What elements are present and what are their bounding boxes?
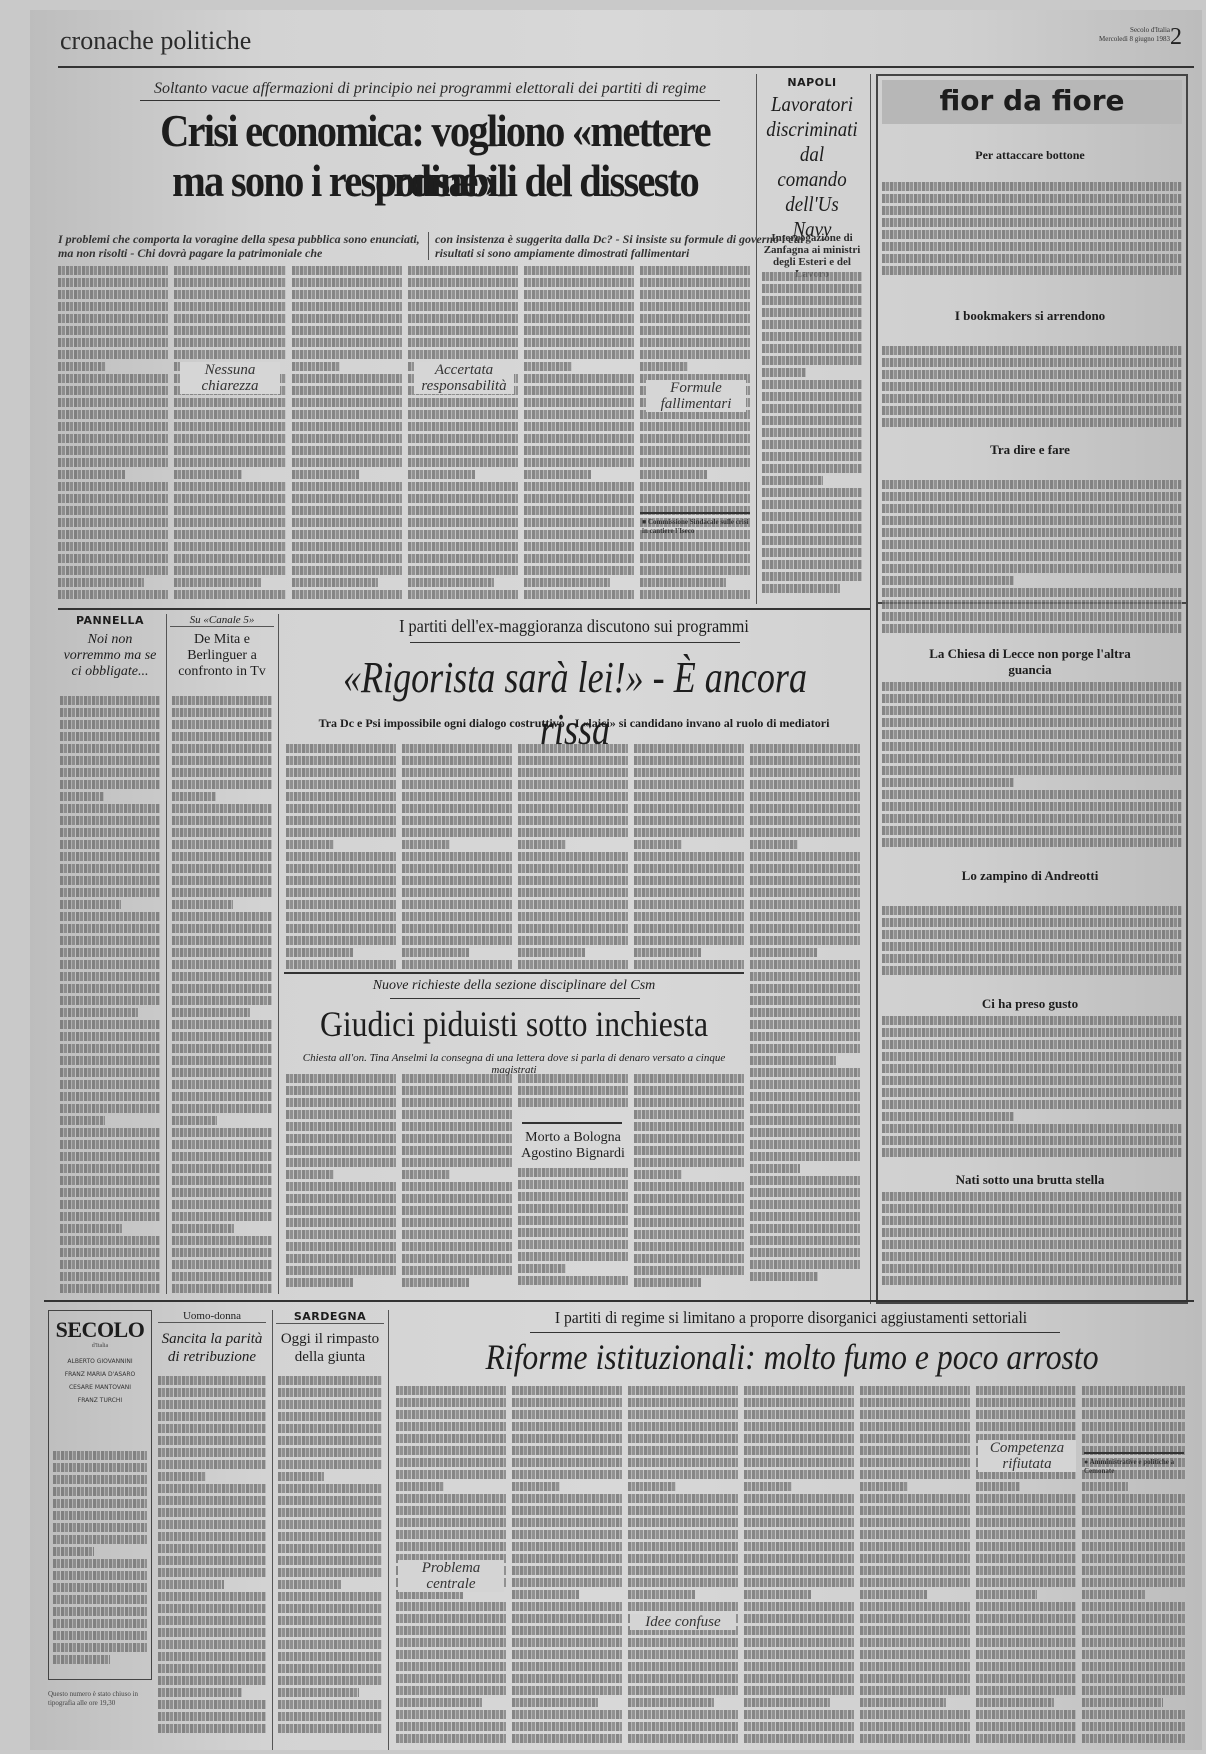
secolo-colophon: SECOLO d'Italia ALBERTO GIOVANNINI FRANZ… bbox=[48, 1310, 152, 1680]
top-story-kicker: Soltanto vacue affermazioni di principio… bbox=[70, 80, 790, 98]
staff-name: CESARE MANTOVANI bbox=[49, 1381, 151, 1394]
newspaper-page: cronache politiche Secolo d'Italia Merco… bbox=[30, 10, 1202, 1750]
box-rule bbox=[522, 1122, 622, 1124]
kicker-rule bbox=[530, 1332, 1060, 1333]
top-story-col-6 bbox=[640, 266, 750, 606]
secolo-subtitle: d'Italia bbox=[49, 1343, 151, 1349]
uomo-donna-label: Uomo-donna bbox=[158, 1310, 266, 1323]
top-story-col-1 bbox=[58, 266, 168, 606]
subhead-formule-fallimentari: Formule fallimentari bbox=[646, 380, 746, 412]
fior-item-heading: Nati sotto una brutta stella bbox=[910, 1172, 1150, 1188]
page-number: 2 bbox=[1170, 24, 1182, 51]
kicker-rule bbox=[140, 100, 720, 101]
section-rule bbox=[58, 608, 870, 610]
napoli-label: NAPOLI bbox=[762, 76, 862, 89]
secolo-details bbox=[53, 1451, 147, 1671]
subhead-nessuna-chiarezza: Nessuna chiarezza bbox=[180, 362, 280, 394]
fior-item-heading: La Chiesa di Lecce non porge l'altra gua… bbox=[910, 646, 1150, 678]
sardegna-body bbox=[278, 1376, 382, 1746]
csm-col bbox=[518, 1074, 628, 1114]
newspaper-name: Secolo d'Italia bbox=[1070, 26, 1170, 35]
fior-item-body bbox=[882, 682, 1182, 858]
middle-story-deck: Tra Dc e Psi impossibile ogni dialogo co… bbox=[284, 716, 864, 731]
fior-item-heading: I bookmakers si arrendono bbox=[930, 308, 1130, 324]
fior-item-body bbox=[882, 182, 1182, 282]
napoli-headline: Lavoratori discriminati dal comando dell… bbox=[765, 92, 859, 242]
secolo-staff: ALBERTO GIOVANNINI FRANZ MARIA D'ASARO C… bbox=[49, 1355, 151, 1407]
staff-name: FRANZ TURCHI bbox=[49, 1394, 151, 1407]
pannella-label: PANNELLA bbox=[60, 614, 160, 627]
bottom-story-col bbox=[860, 1386, 970, 1746]
middle-story-col bbox=[518, 744, 628, 972]
middle-story-col bbox=[402, 744, 512, 972]
canale5-label: Su «Canale 5» bbox=[170, 614, 274, 627]
middle-story-col bbox=[750, 744, 860, 1294]
fior-item-body bbox=[882, 346, 1182, 432]
bottom-story-headline: Riforme istituzionali: molto fumo e poco… bbox=[440, 1336, 1144, 1378]
note-rule bbox=[1084, 1452, 1184, 1454]
middle-story-col bbox=[634, 744, 744, 972]
csm-box-body bbox=[518, 1168, 628, 1294]
issue-date: Mercoledì 8 giugno 1983 bbox=[1070, 35, 1170, 44]
divider bbox=[870, 74, 871, 1304]
middle-story-col bbox=[286, 744, 396, 972]
bottom-story-col bbox=[512, 1386, 622, 1746]
middle-story-kicker: I partiti dell'ex-maggioranza discutono … bbox=[313, 616, 835, 637]
kicker-rule bbox=[390, 998, 640, 999]
bottom-story-box-note: ● Amministrative e politiche a Cemonate bbox=[1084, 1458, 1184, 1476]
masthead-rule bbox=[58, 66, 1194, 68]
fior-item-body bbox=[882, 1192, 1182, 1297]
section-rule bbox=[284, 972, 744, 974]
masthead-info: Secolo d'Italia Mercoledì 8 giugno 1983 bbox=[1070, 26, 1170, 44]
fior-item-body bbox=[882, 1016, 1182, 1166]
fior-item-heading: Tra dire e fare bbox=[970, 442, 1090, 458]
csm-deck: Chiesta all'on. Tina Anselmi la consegna… bbox=[284, 1052, 744, 1076]
csm-col bbox=[634, 1074, 744, 1294]
canale5-headline: De Mita e Berlinguer a confronto in Tv bbox=[170, 632, 274, 680]
divider bbox=[388, 1310, 389, 1750]
bottom-story-col bbox=[628, 1386, 738, 1746]
pannella-headline: Noi non vorremmo ma se ci obbligate... bbox=[60, 632, 160, 680]
top-story-col-4 bbox=[408, 266, 518, 606]
divider bbox=[278, 614, 279, 1294]
subhead-problema-centrale: Problema centrale bbox=[398, 1560, 504, 1592]
canale5-body bbox=[172, 696, 272, 1296]
kicker-rule bbox=[410, 642, 740, 643]
note-rule bbox=[640, 512, 750, 514]
csm-headline: Giudici piduisti sotto inchiesta bbox=[312, 1002, 717, 1046]
sardegna-headline: Oggi il rimpasto della giunta bbox=[276, 1330, 384, 1366]
bottom-story-kicker: I partiti di regime si limitano a propor… bbox=[428, 1308, 1155, 1328]
bottom-story-col bbox=[1082, 1386, 1186, 1746]
secolo-title: SECOLO bbox=[49, 1317, 151, 1343]
section-title: cronache politiche bbox=[60, 26, 251, 56]
staff-name: FRANZ MARIA D'ASARO bbox=[49, 1368, 151, 1381]
box-note-text: Commissione Sindacale sulle crisi in can… bbox=[642, 518, 749, 535]
top-story-box-note: ■ Commissione Sindacale sulle crisi in c… bbox=[642, 518, 750, 536]
fior-item-heading: Lo zampino di Andreotti bbox=[950, 868, 1110, 884]
sardegna-label: SARDEGNA bbox=[276, 1310, 384, 1324]
fior-item-body bbox=[882, 480, 1182, 640]
subhead-accertata-responsabilita: Accertata responsabilità bbox=[414, 362, 514, 394]
fior-item-body bbox=[882, 906, 1182, 986]
middle-story-headline: «Rigorista sarà lei!» - È ancora rissa bbox=[333, 652, 817, 756]
csm-col bbox=[402, 1074, 512, 1294]
secolo-footer: Questo numero è stato chiuso in tipograf… bbox=[48, 1690, 152, 1708]
pannella-body bbox=[60, 696, 160, 1296]
top-story-col-3 bbox=[292, 266, 402, 606]
napoli-body bbox=[762, 272, 862, 602]
fior-da-fiore-title: fior da fiore bbox=[882, 80, 1182, 124]
subhead-competenza-rifiutata: Competenza rifiutata bbox=[978, 1440, 1076, 1472]
csm-kicker: Nuove richieste della sezione disciplina… bbox=[284, 978, 744, 994]
csm-box-headline: Morto a Bologna Agostino Bignardi bbox=[518, 1130, 628, 1162]
uomo-donna-body bbox=[158, 1376, 266, 1746]
top-story-deck-left: I problemi che comporta la voragine dell… bbox=[58, 232, 423, 260]
box-note-text: Amministrative e politiche a Cemonate bbox=[1084, 1458, 1174, 1475]
top-story-headline-2: ma sono i responsabili del dissesto bbox=[96, 156, 774, 206]
subhead-idee-confuse: Idee confuse bbox=[630, 1614, 736, 1630]
deck-divider bbox=[428, 232, 429, 260]
fior-item-heading: Ci ha preso gusto bbox=[930, 996, 1130, 1012]
fior-item-heading: Per attaccare bottone bbox=[910, 148, 1150, 162]
csm-col bbox=[286, 1074, 396, 1294]
bottom-story-col bbox=[744, 1386, 854, 1746]
top-story-deck-right: con insistenza è suggerita dalla Dc? - S… bbox=[435, 232, 815, 260]
divider bbox=[166, 614, 167, 1294]
staff-name: ALBERTO GIOVANNINI bbox=[49, 1355, 151, 1368]
divider bbox=[756, 74, 757, 604]
divider bbox=[272, 1310, 273, 1750]
top-story-col-2 bbox=[174, 266, 286, 606]
uomo-donna-headline: Sancita la parità di retribuzione bbox=[156, 1330, 268, 1366]
top-story-col-5 bbox=[524, 266, 634, 606]
section-rule bbox=[44, 1300, 1194, 1302]
